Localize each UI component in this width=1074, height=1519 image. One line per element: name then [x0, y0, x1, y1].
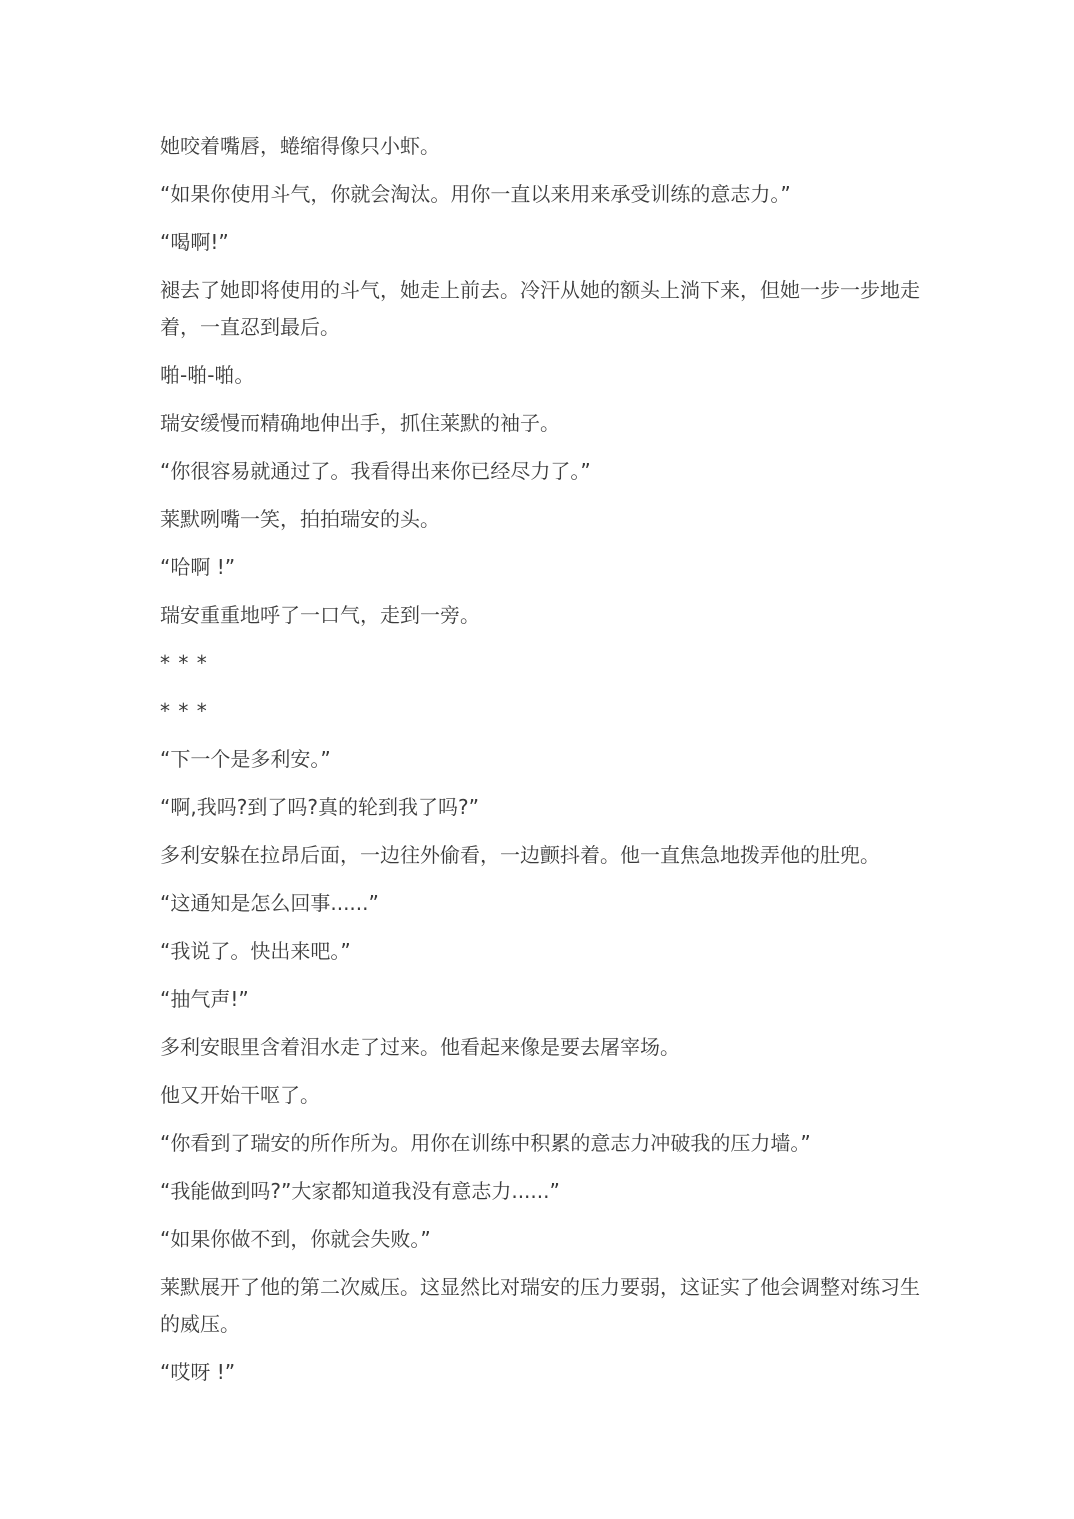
paragraph: “喝啊!”: [160, 224, 932, 261]
paragraph: 她咬着嘴唇，蜷缩得像只小虾。: [160, 128, 932, 165]
paragraph: 啪-啪-啪。: [160, 357, 932, 394]
section-separator: * * *: [160, 693, 932, 730]
paragraph: “你看到了瑞安的所作所为。用你在训练中积累的意志力冲破我的压力墙。”: [160, 1125, 932, 1162]
paragraph: “你很容易就通过了。我看得出来你已经尽力了。”: [160, 453, 932, 490]
paragraph: 褪去了她即将使用的斗气，她走上前去。冷汗从她的额头上淌下来，但她一步一步地走着，…: [160, 272, 932, 346]
paragraph: 瑞安重重地呼了一口气，走到一旁。: [160, 597, 932, 634]
text-content: 她咬着嘴唇，蜷缩得像只小虾。“如果你使用斗气，你就会淘汰。用你一直以来用来承受训…: [160, 128, 932, 1402]
document-page: 她咬着嘴唇，蜷缩得像只小虾。“如果你使用斗气，你就会淘汰。用你一直以来用来承受训…: [0, 0, 1074, 1519]
paragraph: “这通知是怎么回事......”: [160, 885, 932, 922]
paragraph: “下一个是多利安。”: [160, 741, 932, 778]
paragraph: “我说了。快出来吧。”: [160, 933, 932, 970]
paragraph: “抽气声!”: [160, 981, 932, 1018]
paragraph: “哎呀 !”: [160, 1354, 932, 1391]
paragraph: “啊,我吗?到了吗?真的轮到我了吗?”: [160, 789, 932, 826]
paragraph: 他又开始干呕了。: [160, 1077, 932, 1114]
paragraph: 莱默咧嘴一笑，拍拍瑞安的头。: [160, 501, 932, 538]
paragraph: “我能做到吗?”大家都知道我没有意志力......”: [160, 1173, 932, 1210]
paragraph: 瑞安缓慢而精确地伸出手，抓住莱默的袖子。: [160, 405, 932, 442]
paragraph: 莱默展开了他的第二次威压。这显然比对瑞安的压力要弱，这证实了他会调整对练习生的威…: [160, 1269, 932, 1343]
paragraph: 多利安躲在拉昂后面，一边往外偷看，一边颤抖着。他一直焦急地拨弄他的肚兜。: [160, 837, 932, 874]
paragraph: “如果你做不到，你就会失败。”: [160, 1221, 932, 1258]
paragraph: “如果你使用斗气，你就会淘汰。用你一直以来用来承受训练的意志力。”: [160, 176, 932, 213]
paragraph: “哈啊 !”: [160, 549, 932, 586]
paragraph: 多利安眼里含着泪水走了过来。他看起来像是要去屠宰场。: [160, 1029, 932, 1066]
section-separator: * * *: [160, 645, 932, 682]
